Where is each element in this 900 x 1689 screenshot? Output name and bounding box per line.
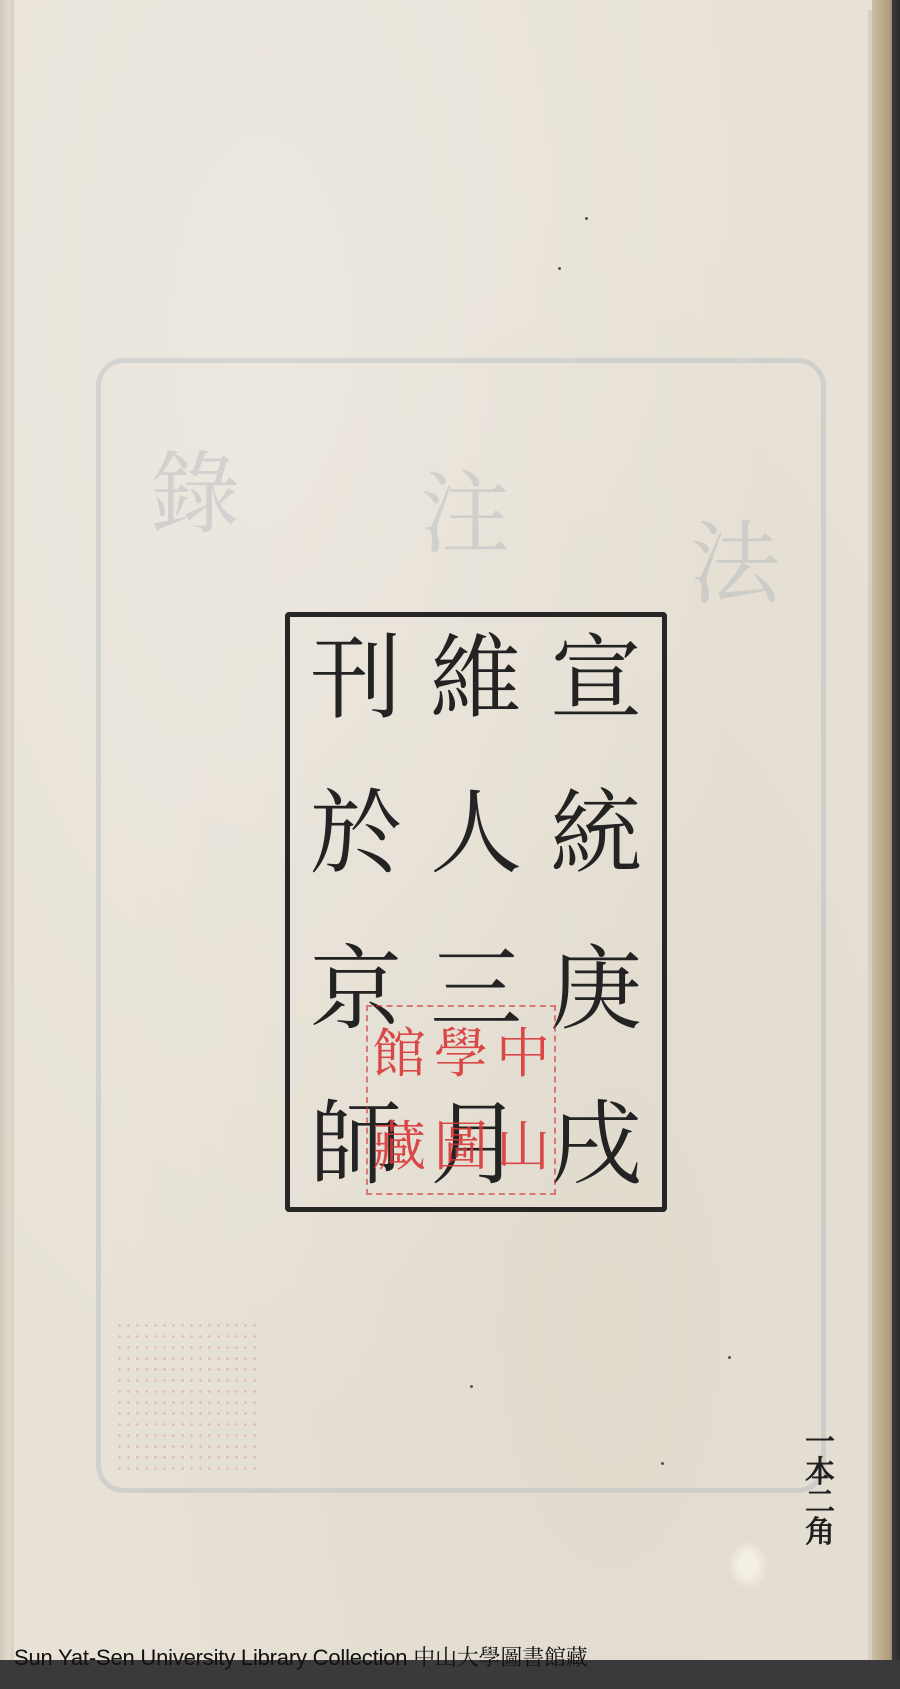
- show-through-glyph: 注: [420, 470, 510, 560]
- stamp-char: 中: [492, 1007, 554, 1100]
- paper-speck: [728, 1356, 731, 1359]
- note-char: 二: [805, 1488, 835, 1518]
- seal-char: 人: [430, 788, 522, 880]
- show-through-glyph: 法: [690, 520, 780, 610]
- paper-speck: [585, 217, 588, 220]
- seal-char: 維: [430, 633, 522, 725]
- note-char: 一: [805, 1428, 835, 1458]
- paper-tear: [728, 1540, 768, 1590]
- seal-char: 戌: [550, 1099, 642, 1191]
- seal-char: 於: [310, 788, 402, 880]
- seal-char: 庚: [550, 944, 642, 1036]
- faded-red-stamp-bleed: [115, 1320, 260, 1470]
- seal-char: 宣: [550, 633, 642, 725]
- seal-column-1: 宣 統 庚 戌: [541, 633, 651, 1191]
- page-edge-right: [872, 0, 900, 1689]
- show-through-glyph: 錄: [150, 450, 240, 540]
- stamp-char: 館: [368, 1007, 430, 1100]
- stamp-char: 山: [492, 1100, 554, 1193]
- paper-speck: [558, 267, 561, 270]
- paper-speck: [661, 1462, 664, 1465]
- stamp-char: 藏: [368, 1100, 430, 1193]
- library-ownership-stamp: 中 學 館 山 圖 藏: [366, 1005, 556, 1195]
- note-char: 本: [805, 1458, 835, 1488]
- stamp-char: 圖: [430, 1100, 492, 1193]
- handwritten-price-note: 一 本 二 角: [800, 1428, 840, 1548]
- seal-char: 刊: [310, 633, 402, 725]
- page-gutter: [0, 0, 14, 1660]
- collection-caption: Sun Yat-Sen University Library Collectio…: [14, 1641, 588, 1672]
- note-char: 角: [805, 1518, 835, 1548]
- stamp-char: 學: [430, 1007, 492, 1100]
- paper-speck: [470, 1385, 473, 1388]
- seal-char: 統: [550, 788, 642, 880]
